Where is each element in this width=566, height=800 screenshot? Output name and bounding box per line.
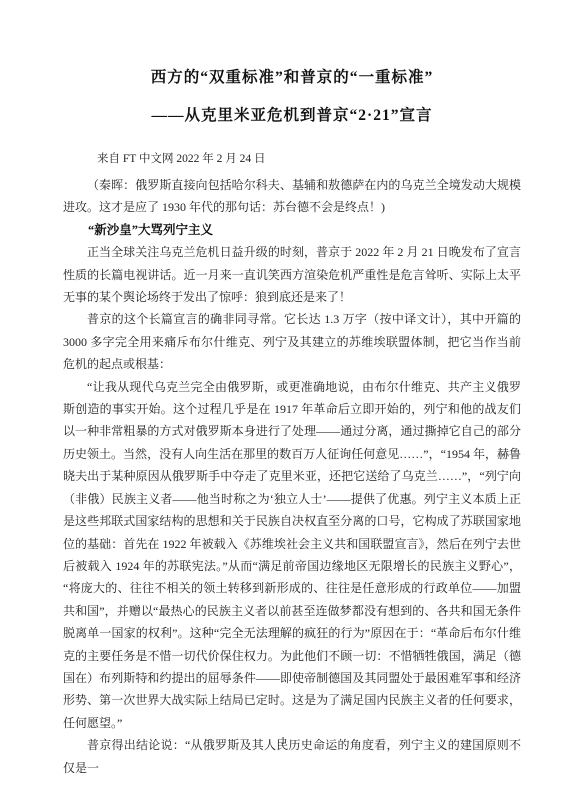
body-paragraph: 普京的这个长篇宣言的确非同寻常。它长达 1.3 万字（按中译文计），其中开篇的 … <box>63 308 521 375</box>
page-number: 1 <box>0 736 566 747</box>
editor-note-paragraph: （秦晖：俄罗斯直接向包括哈尔科夫、基辅和敖德萨在内的乌克兰全境发动大规模进攻。这… <box>63 174 521 219</box>
document-subtitle: ——从克里米亚危机到普京“2·21”宣言 <box>63 106 521 126</box>
document-body: （秦晖：俄罗斯直接向包括哈尔科夫、基辅和敖德萨在内的乌克兰全境发动大规模进攻。这… <box>63 174 521 779</box>
section-heading: “新沙皇”大骂列宁主义 <box>63 219 521 241</box>
document-title: 西方的“双重标准”和普京的“一重标准” <box>63 68 521 88</box>
document-page: 西方的“双重标准”和普京的“一重标准” ——从克里米亚危机到普京“2·21”宣言… <box>0 0 566 800</box>
source-attribution: 来自 FT 中文网 2022 年 2 月 24 日 <box>63 151 521 167</box>
body-paragraph-quote: “让我从现代乌克兰完全由俄罗斯，或更准确地说，由布尔什维克、共产主义俄罗斯创造的… <box>63 376 521 735</box>
page-content: 西方的“双重标准”和普京的“一重标准” ——从克里米亚危机到普京“2·21”宣言… <box>63 0 521 779</box>
body-paragraph: 正当全球关注乌克兰危机日益升级的时刻，普京于 2022 年 2 月 21 日晚发… <box>63 241 521 308</box>
